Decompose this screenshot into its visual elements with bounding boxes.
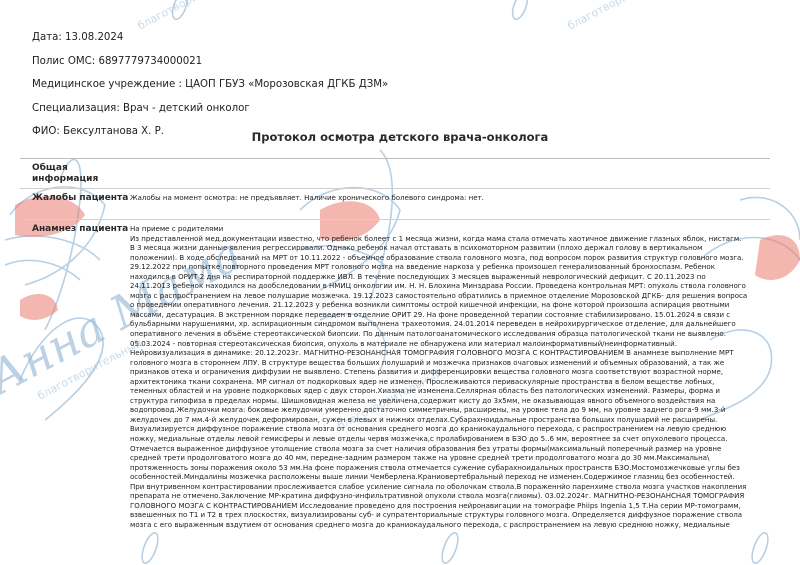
anamnesis-line: структура гипофиза в пределах нормы. Шиш… <box>130 396 770 406</box>
anamnesis-line: В 3 месяца жизни данные явления регресси… <box>130 243 770 253</box>
anamnesis-line: Отмечается выраженное диффузное утолщени… <box>130 444 770 454</box>
anamnesis-line: головного мозга в стороннем ЛПУ. В струк… <box>130 358 770 368</box>
anamnesis-line: водопровод.Желудочки мозга: боковые желу… <box>130 405 770 415</box>
section-general: Общая информация <box>20 159 770 189</box>
anamnesis-line: мозга с распространением на левое полуша… <box>130 291 770 301</box>
patient-info-block: Дата: 13.08.2024 Полис ОМС: 689777973400… <box>32 26 388 144</box>
anamnesis-line: препарата не отмечено.Заключение МР-крат… <box>130 491 770 501</box>
anamnesis-line: теменных областей и на уровне подкорковы… <box>130 386 770 396</box>
anamnesis-line: При внутривенном контрастировании просле… <box>130 482 770 492</box>
anamnesis-line: архитектоника ткани сохранена. МР сигнал… <box>130 377 770 387</box>
section-complaints: Жалобы пациента Жалобы на момент осмотра… <box>20 189 770 220</box>
anamnesis-line: находился в ОРИТ 2 дня на респираторной … <box>130 272 770 282</box>
section-label-complaints: Жалобы пациента <box>20 189 130 220</box>
anamnesis-line: 24.11.2013 ребенок находился на дообслед… <box>130 281 770 291</box>
anamnesis-line: желудочек до 7 мм.4-й желудочек деформир… <box>130 415 770 425</box>
anamnesis-line: протяженность зоны поражения около 53 мм… <box>130 463 770 473</box>
protocol-table: Общая информация Жалобы пациента Жалобы … <box>20 158 770 534</box>
anamnesis-line: 29.12.2022 при попытке повторного провед… <box>130 262 770 272</box>
anamnesis-line: ГОЛОВНОГО МОЗГА С КОНТРАСТИРОВАНИЕМ Иссл… <box>130 501 770 511</box>
anamnesis-line: особенностей.Миндалины мозжечка располож… <box>130 472 770 482</box>
anamnesis-line: 05.03.2024 - повторная стереотаксическая… <box>130 339 770 349</box>
anamnesis-line: бульбарными нарушениями, хр. аспирационн… <box>130 319 770 329</box>
anamnesis-line: Визуализируется диффузное поражение ство… <box>130 424 770 434</box>
anamnesis-line: взвешенных по Т1 и Т2 в трех плоскостях,… <box>130 510 770 520</box>
anamnesis-line: массами, десатурация. В экстренном поряд… <box>130 310 770 320</box>
section-value-complaints: Жалобы на момент осмотра: не предъявляет… <box>130 189 770 220</box>
anamnesis-line: Из представленной мед.документации извес… <box>130 234 770 244</box>
section-value-general <box>130 159 770 189</box>
anamnesis-line: Нейровизуализация в динамике: 20.12.2023… <box>130 348 770 358</box>
specialization: Специализация: Врач - детский онколог <box>32 97 388 121</box>
insurance-policy: Полис ОМС: 6897779734000021 <box>32 50 388 74</box>
anamnesis-line: мозга с его выраженным вздутием от основ… <box>130 520 770 530</box>
document-title: Протокол осмотра детского врача-онколога <box>0 130 800 144</box>
anamnesis-line: признаков отека и ограничения диффузии н… <box>130 367 770 377</box>
anamnesis-line: положении). В ходе обследований на МРТ о… <box>130 253 770 263</box>
exam-date: Дата: 13.08.2024 <box>32 26 388 50</box>
anamnesis-line: На приеме с родителями <box>130 224 770 234</box>
medical-institution: Медицинское учреждение : ЦАОП ГБУЗ «Моро… <box>32 73 388 97</box>
anamnesis-line: о проведении оперативного лечения. 21.12… <box>130 300 770 310</box>
section-label-anamnesis: Анамнез пациента <box>20 220 130 534</box>
section-value-anamnesis: На приеме с родителями Из представленной… <box>130 220 770 534</box>
section-label-general: Общая информация <box>20 159 130 189</box>
anamnesis-line: оперативного лечения в объёме стереотакс… <box>130 329 770 339</box>
anamnesis-line: ножку, медиальные отделы левой гемисферы… <box>130 434 770 444</box>
anamnesis-line: средней трети продолговатого мозга до 40… <box>130 453 770 463</box>
svg-text:благотворительный: благотворительный <box>565 0 674 33</box>
section-anamnesis: Анамнез пациента На приеме с родителями … <box>20 220 770 534</box>
